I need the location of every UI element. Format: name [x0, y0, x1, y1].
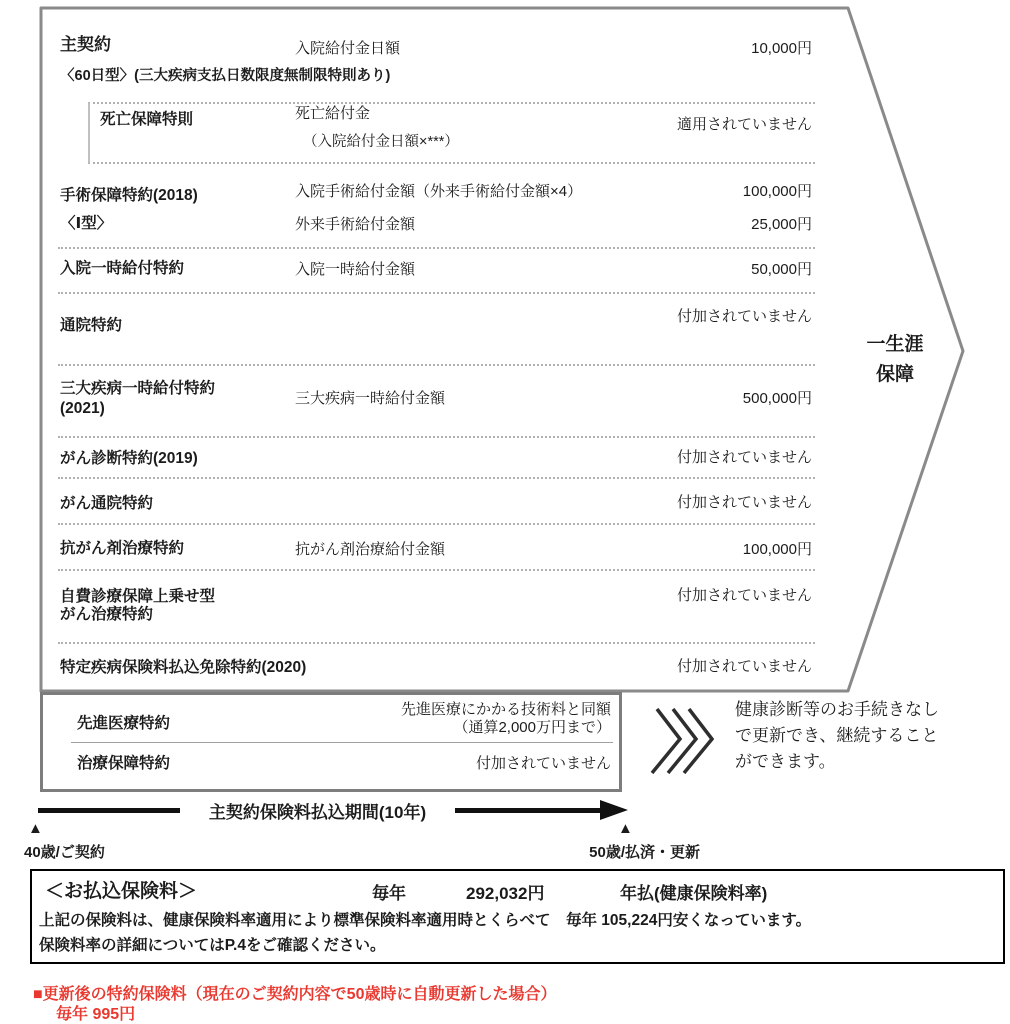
renewal-note-line2: で更新でき、継続すること	[735, 723, 939, 749]
rider-name: 通院特約	[60, 316, 122, 335]
renewal-premium-heading: ■更新後の特約保険料（現在のご契約内容で50歳時に自動更新した場合）	[33, 985, 556, 1005]
premium-amount: 292,032円	[466, 879, 544, 904]
rider-value: 付加されていません	[677, 308, 812, 327]
advanced-rider-benefit-note: （通算2,000万円まで）	[453, 719, 611, 737]
renewal-note: 健康診断等のお手続きなし で更新でき、継続すること ができます。	[735, 697, 939, 775]
rider-name: がん診断特約(2019)	[60, 449, 198, 468]
renewal-note-line3: ができます。	[735, 749, 939, 775]
rider-value: 500,000円	[743, 390, 812, 409]
premium-payment-method: 年払(健康保険料率)	[620, 879, 767, 904]
row-divider	[58, 642, 815, 644]
start-marker-icon: ▲	[28, 820, 43, 837]
main-contract-name: 主契約	[60, 34, 111, 55]
lifetime-coverage-line1: 一生涯	[840, 330, 950, 360]
advanced-rider-benefit: 先進医療にかかる技術料と同額	[401, 701, 611, 719]
rider-name-line2: がん治療特約	[60, 605, 153, 624]
rider-value-line2: 25,000円	[751, 216, 812, 235]
contract-age-label: 40歳/ご契約	[24, 841, 105, 862]
rider-name: 特定疾病保険料払込免除特約(2020)	[60, 658, 306, 677]
death-rider-name: 死亡保障特則	[100, 110, 193, 129]
rider-benefit: 三大疾病一時給付金額	[295, 390, 445, 409]
renewal-age-label: 50歳/払済・更新	[589, 841, 700, 862]
row-divider	[58, 523, 815, 525]
main-contract-benefit: 入院給付金日額	[295, 40, 400, 59]
rider-name: がん通院特約	[60, 494, 153, 513]
rider-value: 付加されていません	[677, 449, 812, 468]
rider-value: 50,000円	[751, 261, 812, 280]
treatment-rider-name: 治療保障特約	[77, 755, 170, 774]
end-marker-icon: ▲	[618, 820, 633, 837]
row-divider	[58, 436, 815, 438]
renewal-premium-amount: 毎年 995円	[56, 1005, 135, 1024]
renewal-note-line1: 健康診断等のお手続きなし	[735, 697, 939, 723]
treatment-rider-value: 付加されていません	[476, 755, 611, 773]
rider-benefit: 入院手術給付金額（外来手術給付金額×4）	[295, 183, 582, 202]
rider-value: 付加されていません	[677, 658, 812, 677]
row-divider	[58, 247, 815, 249]
rider-value: 付加されていません	[677, 494, 812, 513]
timeline-label: 主契約保険料払込期間(10年)	[180, 798, 455, 823]
rider-benefit: 抗がん剤治療給付金額	[295, 541, 445, 560]
rider-benefit-line2: 外来手術給付金額	[295, 216, 415, 235]
row-divider	[71, 742, 613, 743]
death-rider-benefit: 死亡給付金	[295, 105, 370, 124]
premium-box: ＜お払込保険料＞ 毎年 292,032円 年払(健康保険料率) 上記の保険料は、…	[30, 869, 1005, 964]
lifetime-coverage-label: 一生涯 保障	[840, 330, 950, 390]
renewal-chevrons-icon	[650, 705, 714, 777]
premium-title: ＜お払込保険料＞	[45, 876, 197, 903]
advanced-rider-name: 先進医療特約	[77, 715, 170, 734]
premium-frequency: 毎年	[372, 879, 406, 904]
premium-note2: 保険料率の詳細についてはP.4をご確認ください。	[39, 933, 385, 955]
death-rider-value: 適用されていません	[677, 116, 812, 135]
rider-value: 100,000円	[743, 541, 812, 560]
rider-name: 自費診療保障上乗せ型	[60, 587, 215, 606]
main-contract-value: 10,000円	[751, 40, 812, 59]
premium-note1: 上記の保険料は、健康保険料率適用により標準保険料率適用時とくらべて 毎年 105…	[39, 908, 811, 930]
rider-value: 付加されていません	[677, 587, 812, 606]
death-rider-benefit-note: （入院給付金日額×***）	[303, 133, 459, 151]
rider-benefit: 入院一時給付金額	[295, 261, 415, 280]
rider-name: 抗がん剤治療特約	[60, 539, 184, 558]
rider-value: 100,000円	[743, 183, 812, 202]
row-divider	[58, 569, 815, 571]
arrowhead-right-icon	[600, 800, 628, 820]
main-contract-type-note: 〈60日型〉(三大疾病支払日数限度無制限特則あり)	[60, 67, 390, 85]
row-divider	[58, 292, 815, 294]
row-divider	[58, 477, 815, 479]
timeline-bar-right	[455, 808, 602, 813]
rider-name: 手術保障特約(2018)	[60, 186, 198, 205]
rider-name: 入院一時給付特約	[60, 259, 184, 278]
rider-name: 三大疾病一時給付特約	[60, 379, 215, 398]
timeline-bar-left	[38, 808, 180, 813]
lifetime-coverage-line2: 保障	[840, 360, 950, 390]
policy-coverage-sheet: 主契約 入院給付金日額 10,000円 〈60日型〉(三大疾病支払日数限度無制限…	[0, 0, 1010, 1024]
row-divider	[58, 364, 815, 366]
rider-name-line2: 〈Ⅰ型〉	[60, 214, 112, 233]
rider-name-line2: (2021)	[60, 399, 105, 418]
advanced-medical-box: 先進医療特約 先進医療にかかる技術料と同額 （通算2,000万円まで） 治療保障…	[40, 692, 622, 792]
